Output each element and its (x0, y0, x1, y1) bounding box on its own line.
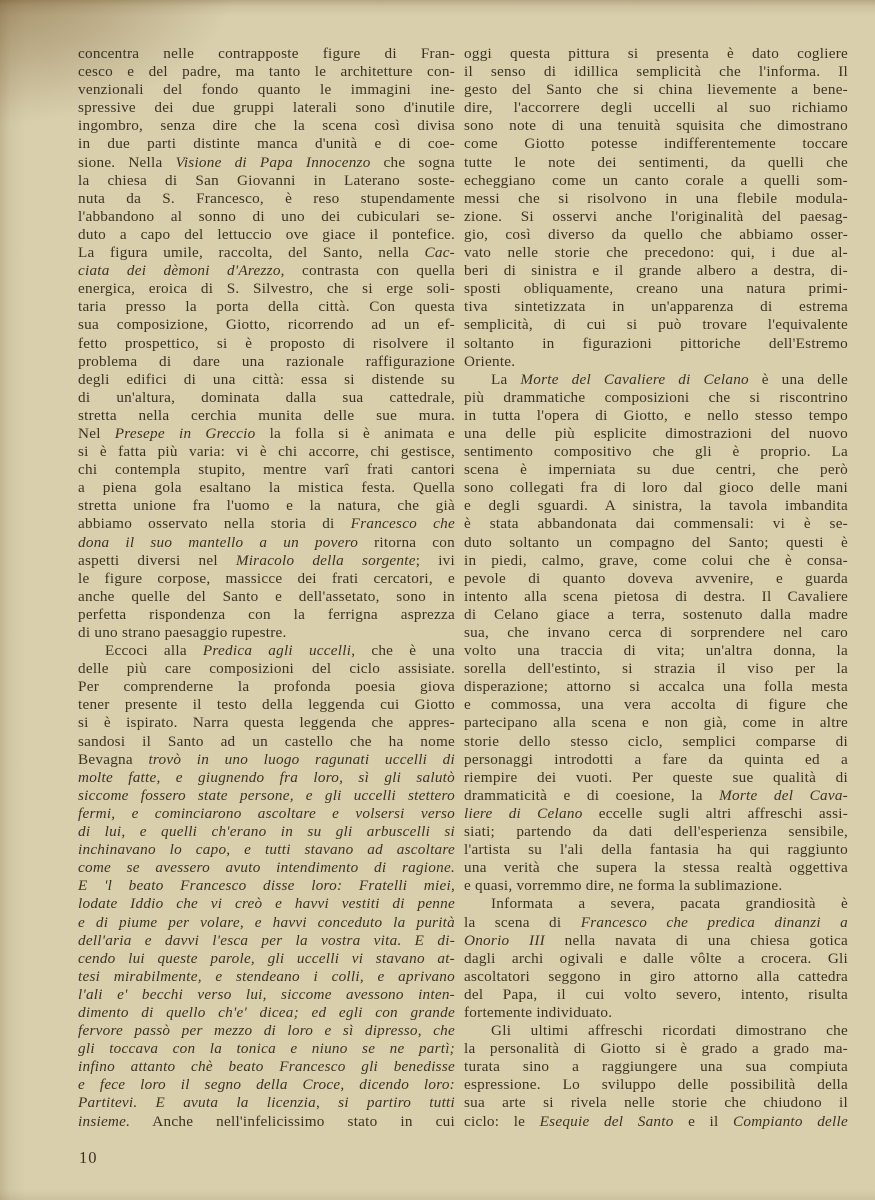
text-line: lodate Iddio che vi creò e havvi vestiti… (78, 895, 455, 913)
text-line: più drammatiche composizioni che si risc… (464, 389, 848, 407)
text-line: inchinavano lo capo, e tutti stavano ad … (78, 841, 455, 859)
text-line: sentimento compositivo che gli è proprio… (464, 443, 848, 461)
text-line: fetto prospettico, si è proposto di riso… (78, 335, 455, 353)
text-line: come Giotto potesse indifferentemente to… (464, 135, 848, 153)
text-line: volto una traccia di vita; un'altra donn… (464, 642, 848, 660)
text-line: a piena gola esaltano la mistica festa. … (78, 479, 455, 497)
text-line: vato nelle storie che precedono: qui, i … (464, 244, 848, 262)
text-line: perfetta rispondenza con la ferrigna asp… (78, 606, 455, 624)
text-line: di lui, e quelli ch'erano in su gli arbu… (78, 823, 455, 841)
text-line: di uno strano paesaggio rupestre. (78, 624, 455, 642)
text-line: siati; partendo da dati dell'esperienza … (464, 823, 848, 841)
text-line: in due parti distinte manca d'unità e di… (78, 135, 455, 153)
text-line: fortemente individuato. (464, 1004, 848, 1022)
text-line: siccome fossero state persone, e gli ucc… (78, 787, 455, 805)
text-line: ingombro, senza dire che la scena così d… (78, 117, 455, 135)
text-line: tiva sintetizzata in un'apparenza di est… (464, 298, 848, 316)
text-line: sposti obliquamente, creano una natura p… (464, 280, 848, 298)
text-line: energica, eroica di S. Silvestro, che si… (78, 280, 455, 298)
text-line: delle più care composizioni del ciclo as… (78, 660, 455, 678)
text-line: E 'l beato Francesco disse loro: Fratell… (78, 877, 455, 895)
text-line: ciata dei dèmoni d'Arezzo, contrasta con… (78, 262, 455, 280)
text-line: intento alla scena pietosa di destra. Il… (464, 588, 848, 606)
text-line: gli toccava con la tonica e niuno se ne … (78, 1040, 455, 1058)
text-line: come se avessero avuto intendimento di r… (78, 859, 455, 877)
text-line: liere di Celano eccelle sugli altri affr… (464, 805, 848, 823)
text-line: le figure corpose, massicce dei frati ce… (78, 570, 455, 588)
text-line: di un'altura, dominata dalla sua cattedr… (78, 389, 455, 407)
text-line: l'ali e' becchi verso lui, siccome avess… (78, 986, 455, 1004)
text-line: dire, l'accorrere degli uccelli al suo r… (464, 99, 848, 117)
text-line: duto a capo del lettuccio ove giace il p… (78, 226, 455, 244)
text-line: una verità che supera la stessa realtà o… (464, 859, 848, 877)
text-line: abbiamo osservato nella storia di France… (78, 515, 455, 533)
text-line: stretta unione fra l'uomo e la natura, c… (78, 497, 455, 515)
text-line: e degli sguardi. A sinistra, la tavola i… (464, 497, 848, 515)
text-line: Nel Presepe in Greccio la folla si è ani… (78, 425, 455, 443)
text-line: si è fatta più varia: vi è chi accorre, … (78, 443, 455, 461)
text-line: e commossa, una vera accolta di figure c… (464, 696, 848, 714)
text-line: Per comprenderne la profonda poesia giov… (78, 678, 455, 696)
text-line: dagli archi ogivali e dalle vôlte a croc… (464, 950, 848, 968)
text-line: aspetti diversi nel Miracolo della sorge… (78, 552, 455, 570)
book-page: concentra nelle contrapposte figure di F… (0, 0, 875, 1200)
text-line: oggi questa pittura si presenta è dato c… (464, 45, 848, 63)
text-line: molte fatte, e giugnendo fra loro, sì gl… (78, 769, 455, 787)
text-line: sorella dell'estinto, si strazia il viso… (464, 660, 848, 678)
text-line: fermi, e cominciarono ascoltare e volser… (78, 805, 455, 823)
text-line: tener presente il testo della leggenda c… (78, 696, 455, 714)
text-line: anche quelle del Santo e dell'assetato, … (78, 588, 455, 606)
text-line: del Papa, il cui volto severo, intento, … (464, 986, 848, 1004)
text-line: e quasi, vorremmo dire, ne forma la subl… (464, 877, 848, 895)
text-line: sua composizione, Giotto, ricorrendo ad … (78, 316, 455, 334)
text-line: la personalità di Giotto si è grado a gr… (464, 1040, 848, 1058)
text-line: di Celano giace a terra, sostenuto dalla… (464, 606, 848, 624)
text-line: cesco e del padre, ma tanto le architett… (78, 63, 455, 81)
text-line: Eccoci alla Predica agli uccelli, che è … (78, 642, 455, 660)
text-line: Onorio III nella navata di una chiesa go… (464, 932, 848, 950)
text-line: storie dello stesso ciclo, semplici comp… (464, 733, 848, 751)
text-line: drammaticità e di coesione, la Morte del… (464, 787, 848, 805)
text-line: gio, così diverso da quello che abbiamo … (464, 226, 848, 244)
text-line: Bevagna trovò in uno luogo ragunati ucce… (78, 751, 455, 769)
text-line: semplicità, di cui si può trovare l'equi… (464, 316, 848, 334)
text-line: e di piume per volare, e havvi conceduto… (78, 914, 455, 932)
text-line: spressive dei due gruppi laterali sono d… (78, 99, 455, 117)
text-line: Oriente. (464, 353, 848, 371)
text-line: l'artista su l'ali della fantasia ha qui… (464, 841, 848, 859)
text-line: sono note di una tenuità squisita che di… (464, 117, 848, 135)
text-line: partecipano alla scena e non già, come i… (464, 714, 848, 732)
text-line: degli edifici di una città: essa si dist… (78, 371, 455, 389)
text-line: tutte le note dei sentimenti, da quelli … (464, 154, 848, 172)
text-line: gesto del Santo che si china lievemente … (464, 81, 848, 99)
text-line: chi contempla stupito, mentre varî frati… (78, 461, 455, 479)
text-line: ciclo: le Esequie del Santo e il Compian… (464, 1113, 848, 1131)
text-line: messi che si risolvono in una flebile mo… (464, 190, 848, 208)
text-line: Informata a severa, pacata grandiosità è (464, 895, 848, 913)
text-line: problema di dare una razionale raffigura… (78, 353, 455, 371)
text-line: Gli ultimi affreschi ricordati dimostran… (464, 1022, 848, 1040)
text-line: ascoltatori seggono in giro attorno alla… (464, 968, 848, 986)
text-line: insieme. Anche nell'infelicissimo stato … (78, 1113, 455, 1131)
text-line: l'abbandono al sonno di uno dei cubicula… (78, 208, 455, 226)
text-columns: concentra nelle contrapposte figure di F… (78, 45, 848, 1131)
text-line: nuta da S. Francesco, è reso stupendamen… (78, 190, 455, 208)
text-line: turata sino a raggiungere una sua compiu… (464, 1058, 848, 1076)
text-line: riempire dei vuoti. Per queste sue quali… (464, 769, 848, 787)
text-line: La Morte del Cavaliere di Celano è una d… (464, 371, 848, 389)
text-line: espressione. Lo sviluppo delle possibili… (464, 1076, 848, 1094)
text-line: personaggi introdotti a fare da quinta e… (464, 751, 848, 769)
text-line: infino attanto chè beato Francesco gli b… (78, 1058, 455, 1076)
text-line: sua, che invano cerca di sorprendere nel… (464, 624, 848, 642)
text-column-right: oggi questa pittura si presenta è dato c… (464, 45, 848, 1131)
text-line: La figura umile, raccolta, del Santo, ne… (78, 244, 455, 262)
text-line: sione. Nella Visione di Papa Innocenzo c… (78, 154, 455, 172)
text-line: venzionali del fondo quanto le immagini … (78, 81, 455, 99)
text-line: pevole di quanto doveva avvenire, e guar… (464, 570, 848, 588)
text-line: è stata abbandonata dai commensali: vi è… (464, 515, 848, 533)
text-line: e fece loro il segno della Croce, dicend… (78, 1076, 455, 1094)
text-line: il senso di idillica semplicità che l'in… (464, 63, 848, 81)
text-line: fervore passò per mezzo di loro e sì dip… (78, 1022, 455, 1040)
text-line: concentra nelle contrapposte figure di F… (78, 45, 455, 63)
text-line: dimento di quello ch'e' dicea; ed egli c… (78, 1004, 455, 1022)
text-line: soltanto in figurazioni pittoriche dell'… (464, 335, 848, 353)
text-line: echeggiano come un canto corale a quelli… (464, 172, 848, 190)
text-line: in piedi, calmo, grave, come colui che è… (464, 552, 848, 570)
text-line: Partitevi. E avuta la licenzia, si parti… (78, 1094, 455, 1112)
text-line: taria presso la porta della città. Con q… (78, 298, 455, 316)
text-line: una delle più esplicite dimostrazioni de… (464, 425, 848, 443)
text-line: duto soltanto un compagno del Santo; que… (464, 534, 848, 552)
text-line: disperazione; attorno si accalca una fol… (464, 678, 848, 696)
text-line: si è ispirato. Narra questa leggenda che… (78, 714, 455, 732)
text-line: in tutta l'opera di Giotto, e nello stes… (464, 407, 848, 425)
text-line: stretta nella cerchia munita delle sue m… (78, 407, 455, 425)
text-line: sono collegati fra di loro dal gioco del… (464, 479, 848, 497)
text-line: sua arte si rivela nelle storie che chiu… (464, 1094, 848, 1112)
text-line: scena è imperniata su due centri, che pe… (464, 461, 848, 479)
text-line: cendo lui queste parole, gli uccelli vi … (78, 950, 455, 968)
text-line: dona il suo mantello a un povero ritorna… (78, 534, 455, 552)
text-column-left: concentra nelle contrapposte figure di F… (78, 45, 455, 1131)
text-line: la chiesa di San Giovanni in Laterano so… (78, 172, 455, 190)
text-line: la scena di Francesco che predica dinanz… (464, 914, 848, 932)
text-line: sandosi il Santo ad un castello che ha n… (78, 733, 455, 751)
text-line: beri di sinistra e il grande albero a de… (464, 262, 848, 280)
text-line: zione. Si osservi anche l'originalità de… (464, 208, 848, 226)
text-line: dell'aria e davvi l'esca per la vostra v… (78, 932, 455, 950)
page-number: 10 (79, 1148, 98, 1168)
text-line: tesi mirabilmente, e stendeano i colli, … (78, 968, 455, 986)
